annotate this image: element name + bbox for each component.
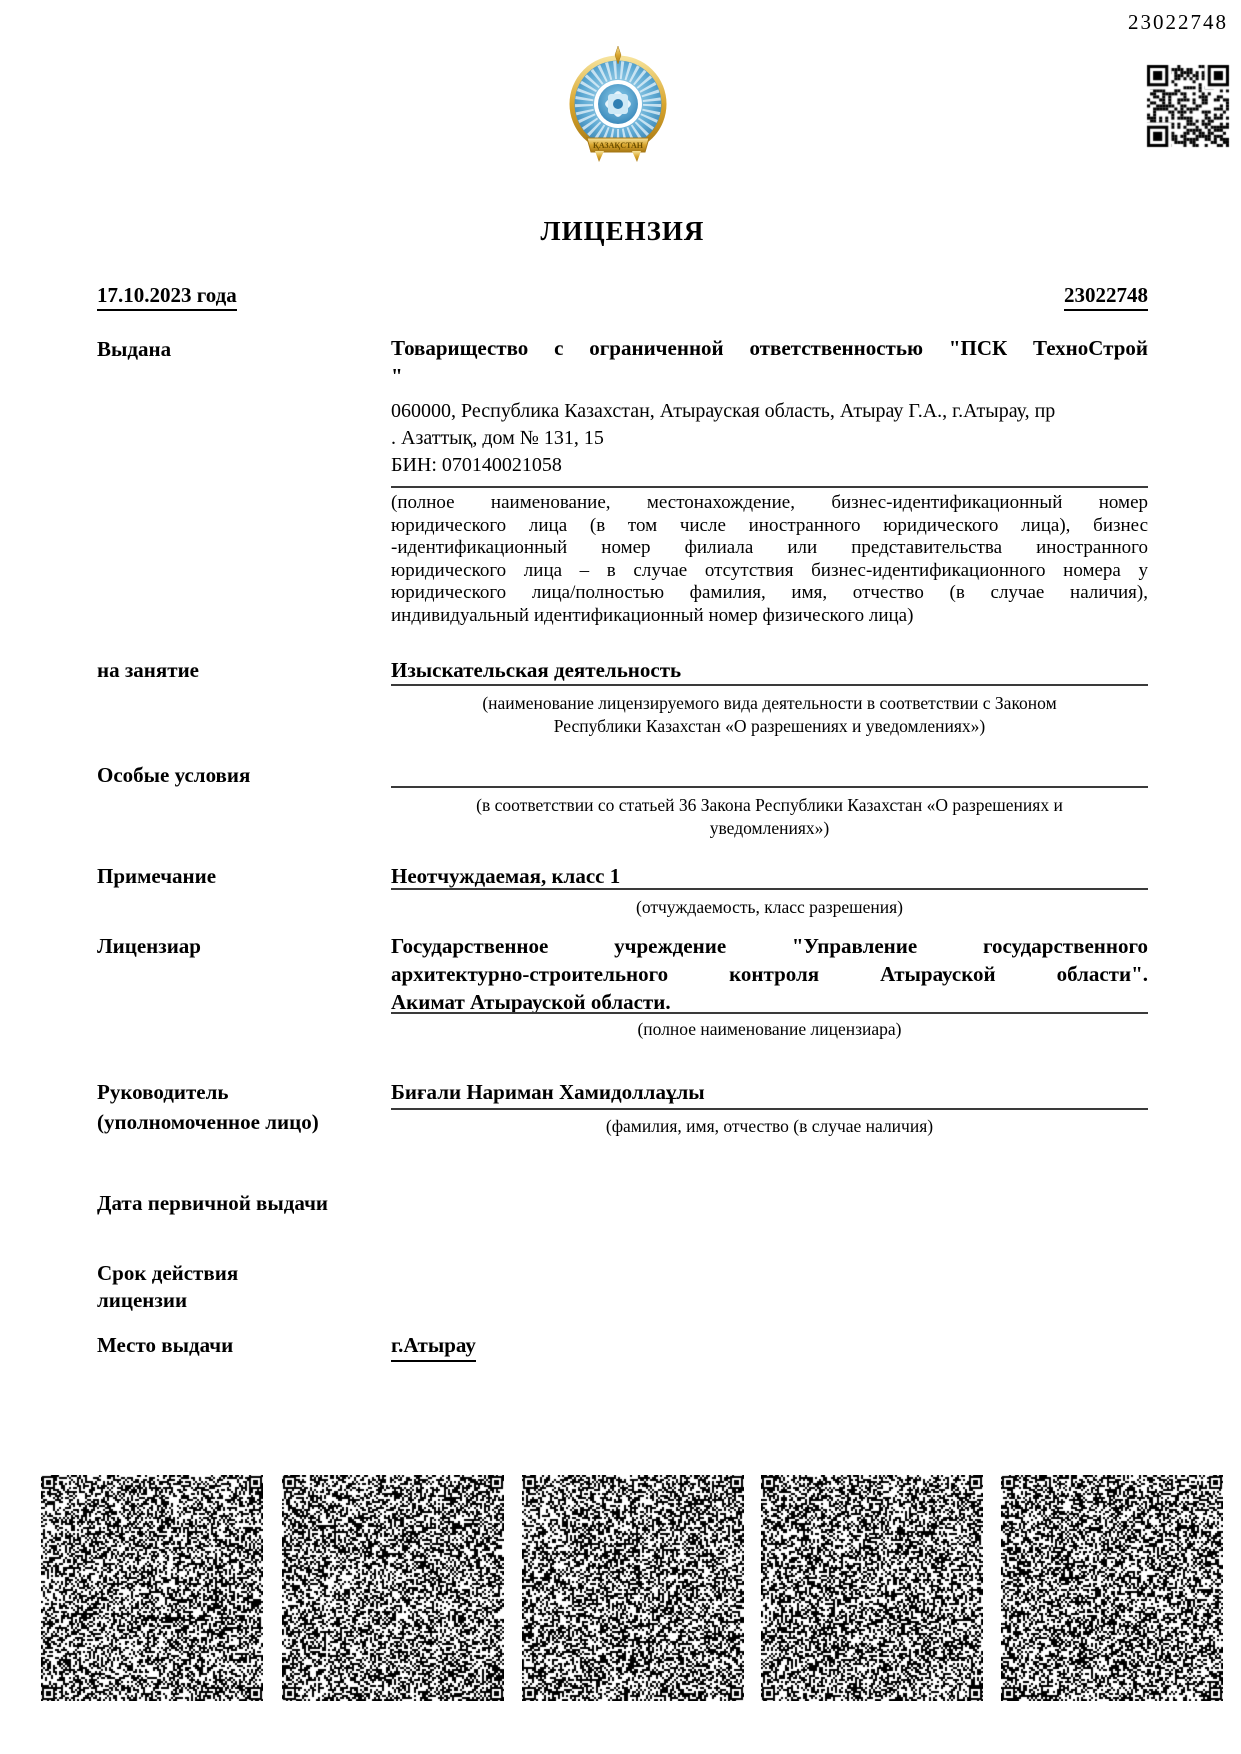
activity-caption: (наименование лицензируемого вида деятел… [391,692,1148,737]
issued-to-address-line: 060000, Республика Казахстан, Атырауская… [391,398,1055,425]
validity-period-label-line: лицензии [97,1288,187,1313]
note-label: Примечание [97,864,216,889]
qr-code-icon [1144,62,1232,150]
activity-underline [391,684,1148,686]
head-label-line: Руководитель [97,1080,228,1105]
issued-to-address-line: . Азаттық, дом № 131, 15 [391,425,604,452]
signature-barcode [1001,1475,1223,1701]
kazakhstan-coat-of-arms-icon: ҚАЗАҚСТАН [553,36,683,166]
issue-place-label: Место выдачи [97,1333,233,1358]
issued-to-caption-line: юридического лица – в случае отсутствия … [391,560,1148,583]
activity-label: на занятие [97,658,199,683]
licensor-underline [391,1012,1148,1014]
head-value: Биғали Нариман Хамидоллаұлы [391,1078,1148,1106]
document-title: ЛИЦЕНЗИЯ [97,216,1148,247]
head-caption: (фамилия, имя, отчество (в случае наличи… [391,1115,1148,1138]
issued-to-bin: БИН: 070140021058 [391,452,562,479]
special-conditions-caption: (в соответствии со статьей 36 Закона Рес… [391,794,1148,839]
issued-to-caption: (полное наименование, местонахождение, б… [391,492,1148,627]
activity-caption-line: (наименование лицензируемого вида деятел… [391,692,1148,715]
top-right-license-number: 23022748 [1128,10,1228,35]
license-document-page: 23022748 [0,0,1241,1754]
activity-value: Изыскательская деятельность [391,656,1148,684]
special-conditions-underline [391,786,1148,788]
licensor-caption: (полное наименование лицензиара) [391,1018,1148,1041]
licensor-value-line: Государственное учреждение "Управление г… [391,932,1148,960]
issued-to-name-line: " [391,362,1148,390]
issued-to-caption-line: (полное наименование, местонахождение, б… [391,492,1148,515]
licensor-value-line: архитектурно-строительного контроля Атыр… [391,960,1148,988]
signature-barcode [282,1475,504,1701]
emblem-banner-text: ҚАЗАҚСТАН [593,141,644,150]
signature-barcode [522,1475,744,1701]
head-underline [391,1108,1148,1110]
issued-to-caption-line: юридического лица (в том числе иностранн… [391,515,1148,538]
issued-to-caption-line: -идентификационный номер филиала или пре… [391,537,1148,560]
date-number-row: 17.10.2023 года 23022748 [97,283,1148,313]
signature-barcode [41,1475,263,1701]
issued-to-name-line: Товарищество с ограниченной ответственно… [391,334,1148,362]
issue-date: 17.10.2023 года [97,283,237,311]
license-number: 23022748 [1064,283,1148,311]
note-value: Неотчуждаемая, класс 1 [391,862,1148,890]
issue-place-value: г.Атырау [391,1331,476,1362]
issued-to-caption-line: индивидуальный идентификационный номер ф… [391,605,1148,628]
note-underline [391,888,1148,890]
validity-period-label-line: Срок действия [97,1261,238,1286]
special-conditions-caption-line: (в соответствии со статьей 36 Закона Рес… [391,794,1148,817]
licensor-label: Лицензиар [97,934,201,959]
head-label-line: (уполномоченное лицо) [97,1110,319,1135]
issued-to-label: Выдана [97,337,171,362]
first-issue-date-label: Дата первичной выдачи [97,1191,328,1216]
note-caption: (отчуждаемость, класс разрешения) [391,896,1148,919]
activity-caption-line: Республики Казахстан «О разрешениях и ув… [391,715,1148,738]
signature-barcode [761,1475,983,1701]
special-conditions-label: Особые условия [97,763,250,788]
issued-to-underline [391,486,1148,488]
special-conditions-caption-line: уведомлениях») [391,817,1148,840]
issued-to-caption-line: юридического лица/полностью фамилия, имя… [391,582,1148,605]
